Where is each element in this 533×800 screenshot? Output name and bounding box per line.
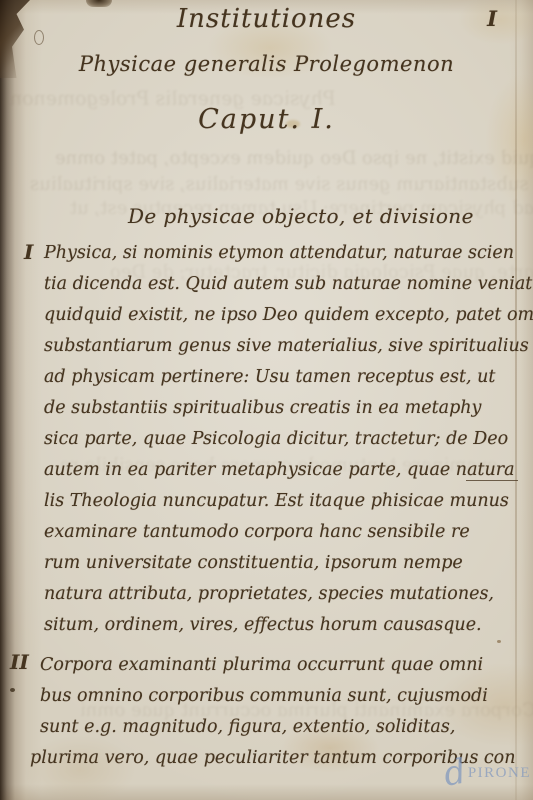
text-line: examinare tantumodo corpora hanc sensibi… [44,517,526,548]
text-line: rum universitate constituentia, ipsorum … [44,548,526,579]
pirone-watermark: d PIRONE [444,758,531,788]
paragraph-number: I [24,240,33,264]
text-line: quidquid existit, ne ipso Deo quidem exc… [44,300,526,331]
bleedthrough-text: substantiarum genus sive materialius, si… [29,174,531,195]
text-line: ad physicam pertinere: Usu tamen receptu… [44,362,526,393]
bleedthrough-text: quidquid existit, ne ipso Deo quidem exc… [54,148,533,169]
section-heading: De physicae objecto, et divisione [128,204,474,228]
paragraph-1: Physica, si nominis etymon attendatur, n… [44,238,526,641]
paragraph-number: II [10,650,29,674]
text-line: Physica, si nominis etymon attendatur, n… [44,238,526,269]
text-line: tia dicenda est. Quid autem sub naturae … [44,269,526,300]
text-line: lis Theologia nuncupatur. Est itaque phi… [44,486,526,517]
watermark-text: PIRONE [468,765,531,782]
ink-speck [10,688,15,692]
text-line: bus omnino corporibus communia sunt, cuj… [40,681,522,712]
text-line: de substantiis spiritualibus creatis in … [44,393,526,424]
text-line: substantiarum genus sive materialius, si… [44,331,526,362]
manuscript-subtitle: Physicae generalis Prolegomenon [0,52,533,76]
text-line: Corpora examinanti plurima occurrunt qua… [40,650,522,681]
manuscript-title: Institutiones [0,4,533,34]
text-line: sica parte, quae Psicologia dicitur, tra… [44,424,526,455]
text-line: natura attributa, proprietates, species … [44,579,526,610]
text-line: autem in ea pariter metaphysicae parte, … [44,455,526,486]
chapter-heading: Caput. I. [0,104,533,135]
text-line: situm, ordinem, vires, effectus horum ca… [44,610,526,641]
text-line: sunt e.g. magnitudo, figura, extentio, s… [40,712,522,743]
manuscript-page: Physicae generalis Prolegomenon quidquid… [0,0,533,800]
watermark-glyph-icon: d [442,756,469,789]
